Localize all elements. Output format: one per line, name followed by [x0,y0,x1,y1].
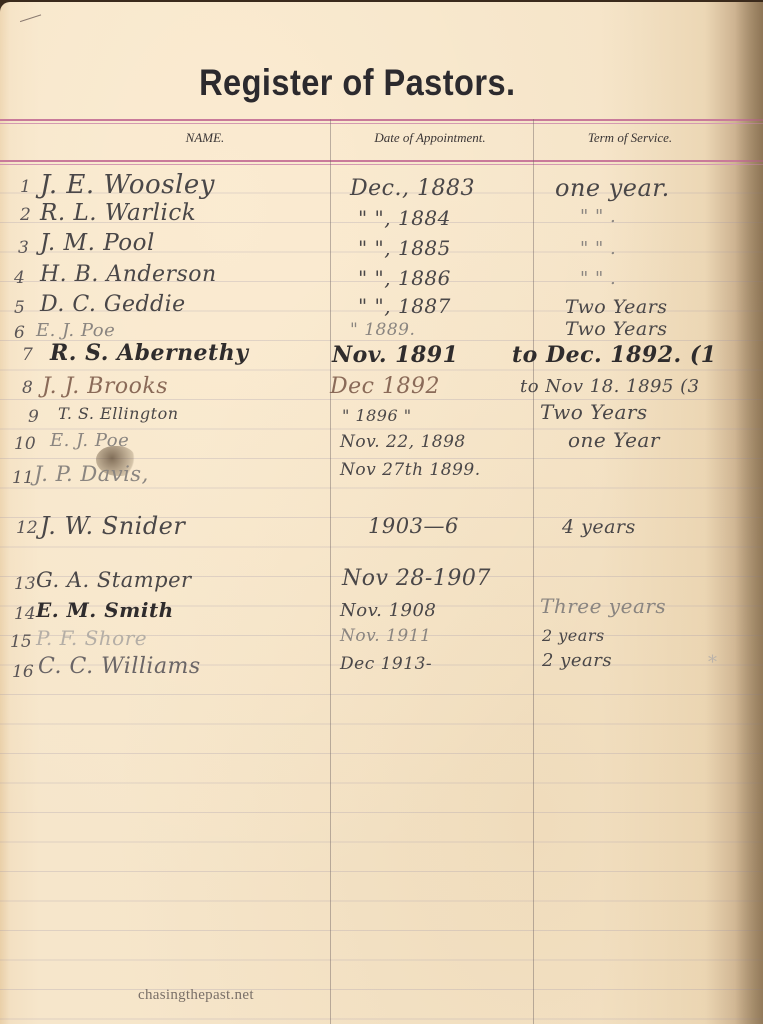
watermark: chasingthepast.net [138,987,254,1004]
appointment-date: Dec., 1883 [350,176,475,201]
term-of-service: to Dec. 1892. (1 [512,342,717,368]
pastor-name: G. A. Stamper [36,568,192,592]
register-page: Register of Pastors. NAME. Date of Appoi… [0,2,763,1024]
row-number: 8 [22,378,33,398]
row-number: 11 [12,468,34,488]
pastor-name: J. J. Brooks [42,374,168,399]
row-number: 10 [14,434,36,454]
asterisk-annotation: * [708,652,718,673]
row-number: 4 [14,268,25,288]
pastor-name: R. S. Abernethy [50,340,249,366]
term-of-service: 2 years [542,626,605,645]
appointment-date: " ", 1886 [358,266,451,290]
row-number: 15 [10,632,32,652]
row-number: 13 [14,574,36,594]
pastor-name: J. M. Pool [40,230,155,256]
pastor-name: E. J. Poe [36,320,115,341]
column-header-term: Term of Service. [545,130,715,146]
appointment-date: Nov. 1911 [340,626,431,646]
header-bottom-rule-thin [0,164,763,165]
row-number: 7 [22,345,33,365]
column-header-name: NAME. [130,130,280,146]
term-of-service: " " . [580,238,616,259]
header-top-rule-thin [0,123,763,124]
term-of-service: Two Years [565,318,668,340]
appointment-date: " 1896 " [342,406,412,425]
term-of-service: Three years [540,594,666,618]
row-number: 1 [20,177,31,197]
column-header-date: Date of Appointment. [340,130,520,146]
pastor-name: E. M. Smith [36,598,174,622]
row-number: 5 [14,298,25,318]
appointment-date: Dec 1892 [330,374,440,399]
row-number: 6 [14,323,25,343]
appointment-date: Nov 28-1907 [342,566,491,591]
row-number: 2 [20,205,31,225]
row-number: 14 [14,604,36,624]
column-divider-1 [330,119,331,1024]
row-number: 9 [28,407,39,427]
appointment-date: 1903—6 [368,514,459,538]
term-of-service: " " . [580,206,616,227]
appointment-date: " 1889. [350,320,415,340]
pastor-name: J. P. Davis, [34,462,149,486]
appointment-date: Dec 1913- [340,654,432,674]
pastor-name: H. B. Anderson [40,262,217,287]
column-divider-2 [533,119,534,1024]
term-of-service: Two Years [540,400,648,424]
appointment-date: Nov. 22, 1898 [340,432,466,452]
header-top-rule [0,119,763,121]
appointment-date: " ", 1887 [358,294,451,318]
appointment-date: Nov. 1891 [332,342,458,368]
term-of-service: to Nov 18. 1895 (3 [520,376,700,397]
term-of-service: one Year [568,428,660,452]
pastor-name: R. L. Warlick [40,200,196,226]
row-number: 12 [16,518,38,538]
pastor-name: J. W. Snider [40,512,185,540]
page-title: Register of Pastors. [0,62,715,104]
appointment-date: " ", 1884 [358,206,451,230]
appointment-date: Nov 27th 1899. [340,460,481,480]
binding-shadow [735,2,763,1024]
pastor-name: T. S. Ellington [58,404,179,423]
pastor-name: D. C. Geddie [40,292,186,317]
term-of-service: " " . [580,268,616,289]
term-of-service: 2 years [542,650,612,671]
pastor-name: P. F. Shore [36,626,147,650]
header-bottom-rule [0,160,763,162]
corner-pencil-mark [17,5,41,22]
appointment-date: Nov. 1908 [340,600,436,621]
term-of-service: Two Years [565,296,668,318]
appointment-date: " ", 1885 [358,236,451,260]
term-of-service: one year. [555,174,670,202]
pastor-name: C. C. Williams [38,654,201,679]
row-number: 3 [18,238,29,258]
pastor-name: J. E. Woosley [40,170,215,200]
row-number: 16 [12,662,34,682]
term-of-service: 4 years [562,516,636,538]
